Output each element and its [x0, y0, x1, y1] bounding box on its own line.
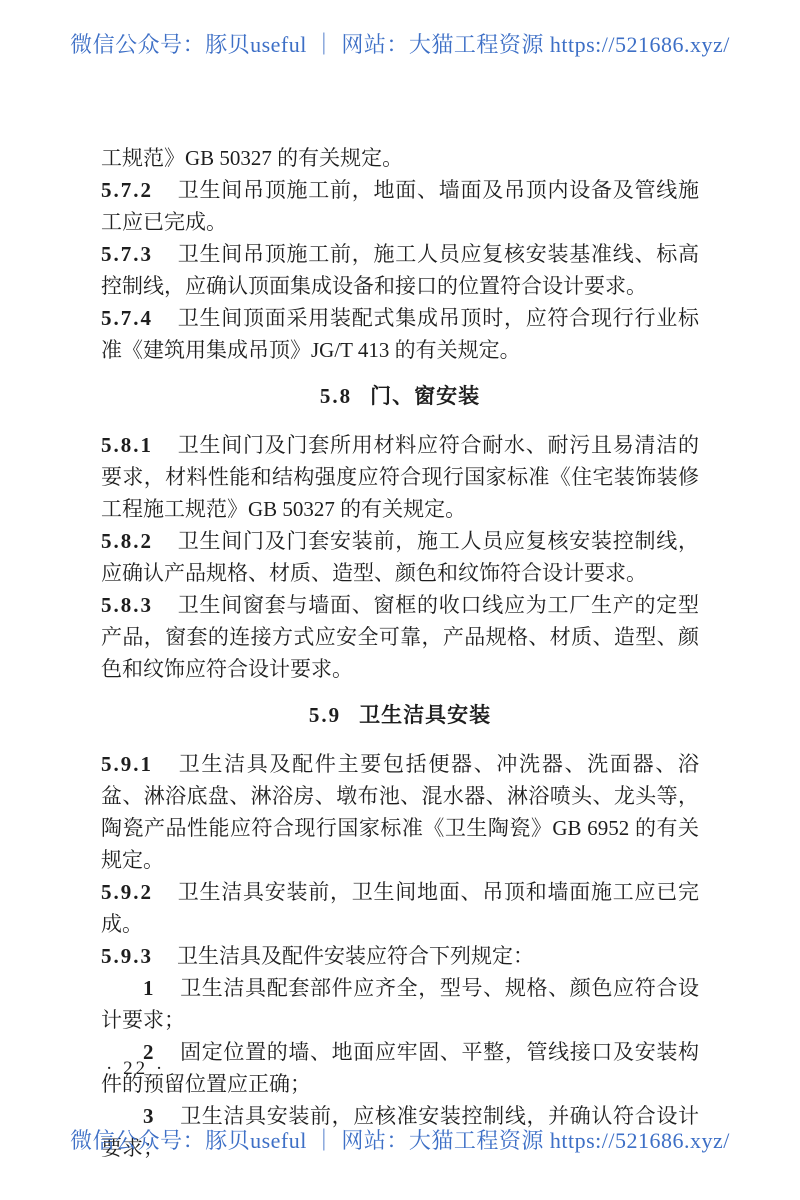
clause-number: 5.9.3 — [101, 944, 153, 968]
list-item-1: 1卫生洁具配套部件应齐全，型号、规格、颜色应符合设计要求； — [101, 972, 699, 1036]
clause-number: 5.9.1 — [101, 752, 153, 776]
clause-text: 卫生洁具安装前，卫生间地面、吊顶和墙面施工应已完成。 — [101, 880, 699, 936]
document-body: 工规范》GB 50327 的有关规定。 5.7.2卫生间吊顶施工前，地面、墙面及… — [101, 142, 699, 1164]
watermark-bottom: 微信公众号：豚贝useful ｜ 网站：大猫工程资源 https://52168… — [0, 1124, 800, 1155]
clause-5-9-1: 5.9.1卫生洁具及配件主要包括便器、冲洗器、洗面器、浴盆、淋浴底盘、淋浴房、墩… — [101, 748, 699, 876]
clause-number: 5.8.3 — [101, 593, 153, 617]
section-heading-5-9: 5.9卫生洁具安装 — [101, 699, 699, 731]
clause-5-9-3: 5.9.3卫生洁具及配件安装应符合下列规定： — [101, 940, 699, 972]
clause-5-8-2: 5.8.2卫生间门及门套安装前，施工人员应复核安装控制线，应确认产品规格、材质、… — [101, 525, 699, 589]
clause-5-7-3: 5.7.3卫生间吊顶施工前，施工人员应复核安装基准线、标高控制线，应确认顶面集成… — [101, 238, 699, 302]
item-number: 1 — [143, 976, 154, 1000]
clause-number: 5.8.1 — [101, 433, 153, 457]
clause-text: 卫生间窗套与墙面、窗框的收口线应为工厂生产的定型产品，窗套的连接方式应安全可靠，… — [101, 593, 699, 681]
clause-number: 5.7.4 — [101, 306, 153, 330]
section-heading-5-8: 5.8门、窗安装 — [101, 380, 699, 412]
clause-text: 卫生洁具及配件安装应符合下列规定： — [177, 944, 534, 968]
section-number: 5.8 — [320, 384, 352, 408]
clause-text: 卫生间门及门套安装前，施工人员应复核安装控制线，应确认产品规格、材质、造型、颜色… — [101, 529, 699, 585]
clause-5-9-2: 5.9.2卫生洁具安装前，卫生间地面、吊顶和墙面施工应已完成。 — [101, 876, 699, 940]
item-text: 固定位置的墙、地面应牢固、平整，管线接口及安装构件的预留位置应正确； — [101, 1040, 699, 1096]
clause-text: 卫生间顶面采用装配式集成吊顶时，应符合现行行业标准《建筑用集成吊顶》JG/T 4… — [101, 306, 699, 362]
clause-number: 5.9.2 — [101, 880, 153, 904]
clause-5-8-1: 5.8.1卫生间门及门套所用材料应符合耐水、耐污且易清洁的要求，材料性能和结构强… — [101, 429, 699, 525]
page-number: · 22 · — [106, 1058, 165, 1080]
paragraph-continuation: 工规范》GB 50327 的有关规定。 — [101, 142, 699, 174]
section-number: 5.9 — [309, 703, 341, 727]
watermark-top: 微信公众号：豚贝useful ｜ 网站：大猫工程资源 https://52168… — [0, 28, 800, 59]
clause-5-7-2: 5.7.2卫生间吊顶施工前，地面、墙面及吊顶内设备及管线施工应已完成。 — [101, 174, 699, 238]
clause-text: 卫生间吊顶施工前，施工人员应复核安装基准线、标高控制线，应确认顶面集成设备和接口… — [101, 242, 699, 298]
clause-text: 卫生间吊顶施工前，地面、墙面及吊顶内设备及管线施工应已完成。 — [101, 178, 699, 234]
clause-number: 5.8.2 — [101, 529, 153, 553]
clause-5-7-4: 5.7.4卫生间顶面采用装配式集成吊顶时，应符合现行行业标准《建筑用集成吊顶》J… — [101, 302, 699, 366]
clause-text: 卫生洁具及配件主要包括便器、冲洗器、洗面器、浴盆、淋浴底盘、淋浴房、墩布池、混水… — [101, 752, 699, 872]
clause-number: 5.7.3 — [101, 242, 153, 266]
clause-number: 5.7.2 — [101, 178, 153, 202]
section-title: 门、窗安装 — [370, 384, 480, 408]
section-title: 卫生洁具安装 — [359, 703, 491, 727]
clause-5-8-3: 5.8.3卫生间窗套与墙面、窗框的收口线应为工厂生产的定型产品，窗套的连接方式应… — [101, 589, 699, 685]
list-item-2: 2固定位置的墙、地面应牢固、平整，管线接口及安装构件的预留位置应正确； — [101, 1036, 699, 1100]
clause-text: 卫生间门及门套所用材料应符合耐水、耐污且易清洁的要求，材料性能和结构强度应符合现… — [101, 433, 699, 521]
item-text: 卫生洁具配套部件应齐全，型号、规格、颜色应符合设计要求； — [101, 976, 699, 1032]
